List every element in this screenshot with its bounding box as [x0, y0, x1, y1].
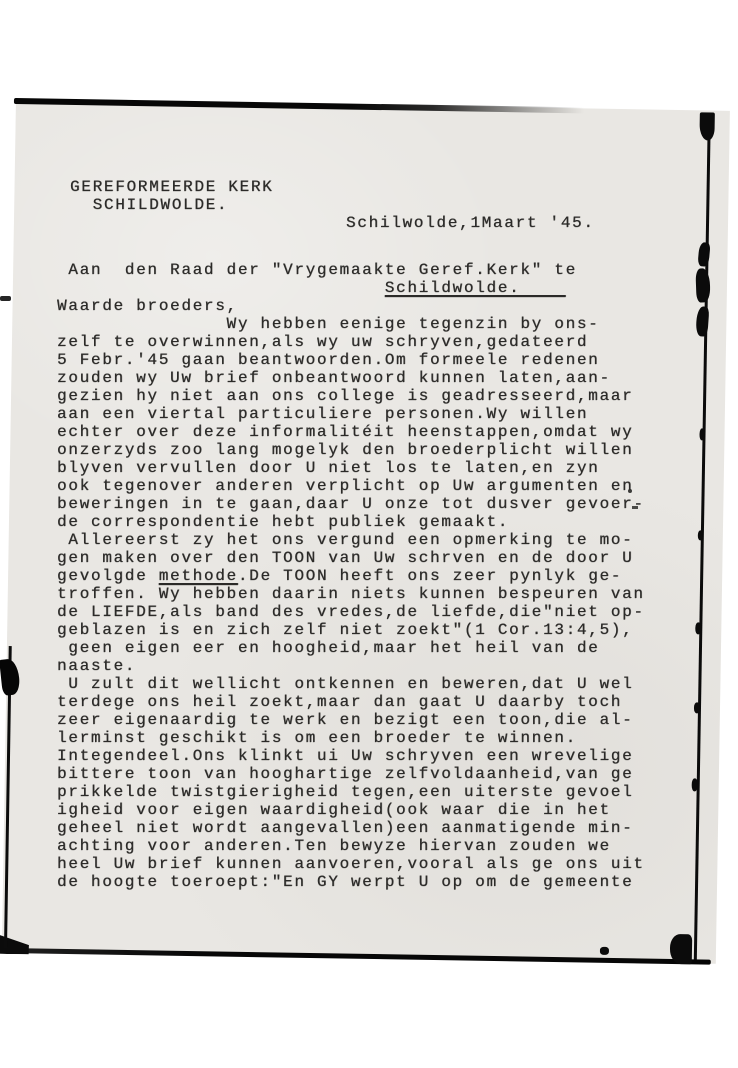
body-lines-lower: troffen. Wy hebben daarin niets kunnen b…: [57, 585, 645, 891]
page-edge-top-shadow: [14, 98, 596, 114]
body-line: zouden wy Uw brief onbeantwoord kunnen l…: [57, 369, 645, 387]
edge-nub: [694, 702, 700, 713]
addressee-place-line: Schildwolde.: [57, 279, 645, 297]
body-line: aan een viertal particuliere personen.Wy…: [57, 405, 645, 423]
addressee-place-underlined: Schildwolde.: [385, 279, 566, 297]
body-line: Integendeel.Ons klinkt ui Uw schryven ee…: [57, 747, 645, 765]
addressee-line: Aan den Raad der "Vrygemaakte Geref.Kerk…: [57, 261, 645, 279]
body-line: U zult dit wellicht ontkennen en beweren…: [57, 675, 645, 693]
letter-body: Aan den Raad der "Vrygemaakte Geref.Kerk…: [57, 261, 645, 891]
edge-nub: [699, 428, 704, 440]
edge-nub: [600, 947, 609, 955]
edge-blot: [695, 268, 710, 302]
body-line: terdege ons heil zoekt,maar dan gaat U d…: [57, 693, 645, 711]
dateline: Schilwolde,1Maart '45.: [346, 214, 595, 232]
body-line: gezien hy niet aan ons college is geadre…: [57, 387, 645, 405]
salutation: Waarde broeders,: [57, 297, 645, 315]
body-line: prikkelde twistgierigheid tegen,een uite…: [57, 783, 645, 801]
body-line: Allereerst zy het ons vergund een opmerk…: [57, 531, 645, 549]
body-line: geblazen is en zich zelf niet zoekt"(1 C…: [57, 621, 645, 639]
corner-shadow: [670, 934, 692, 964]
body-line: zeer eigenaardig te werk en bezigt een t…: [57, 711, 645, 729]
body-line: lerminst geschikt is om een broeder te w…: [57, 729, 645, 747]
body-line: gen maken over den TOON van Uw schrven e…: [57, 549, 645, 567]
methode-line: gevolgde methode.De TOON heeft ons zeer …: [57, 567, 645, 585]
underlined-word: methode: [159, 567, 238, 585]
scan-blemish: [0, 296, 11, 301]
edge-blot: [698, 242, 711, 267]
body-line: de hoogte toeroept:"En GY werpt U op om …: [57, 873, 645, 891]
body-line: troffen. Wy hebben daarin niets kunnen b…: [57, 585, 645, 603]
body-line: de LIEFDE,als band des vredes,de liefde,…: [57, 603, 645, 621]
body-line: heel Uw brief kunnen aanvoeren,vooral al…: [57, 855, 645, 873]
body-line: echter over deze informalitéit heenstapp…: [57, 423, 645, 441]
body-line: geheel niet wordt aangevallen)een aanmat…: [57, 819, 645, 837]
body-line: achting voor anderen.Ten bewyze hiervan …: [57, 837, 645, 855]
edge-blot: [695, 306, 709, 337]
scan-background: GEREFORMEERDE KERK SCHILDWOLDE. Schilwol…: [0, 0, 738, 1068]
body-line: igheid voor eigen waardigheid(ook waar d…: [57, 801, 645, 819]
body-line: Wy hebben eenige tegenzin by ons-: [57, 315, 645, 333]
sender-place: SCHILDWOLDE.: [70, 196, 273, 214]
edge-nub: [698, 530, 703, 540]
edge-nub: [692, 778, 698, 791]
body-line: de correspondentie hebt publiek gemaakt.: [57, 513, 645, 531]
body-line: beweringen in te gaan,daar U onze tot du…: [57, 495, 645, 513]
body-line: ook tegenover anderen verplicht op Uw ar…: [57, 477, 645, 495]
edge-blot: [699, 112, 714, 140]
body-line: blyven vervullen door U niet los te late…: [57, 459, 645, 477]
edge-nub: [695, 622, 701, 634]
sender-block: GEREFORMEERDE KERK SCHILDWOLDE.: [70, 178, 273, 214]
body-line: zelf te overwinnen,als wy uw schryven,ge…: [57, 333, 645, 351]
body-line: 5 Febr.'45 gaan beantwoorden.Om formeele…: [57, 351, 645, 369]
body-line: onzerzyds zoo lang mogelyk den broederpl…: [57, 441, 645, 459]
body-line: naaste.: [57, 657, 645, 675]
body-line: geen eigen eer en hoogheid,maar het heil…: [57, 639, 645, 657]
body-line: bittere toon van hooghartige zelfvoldaan…: [57, 765, 645, 783]
body-lines-upper: Wy hebben eenige tegenzin by ons-zelf te…: [57, 315, 645, 567]
sender-name: GEREFORMEERDE KERK: [70, 178, 273, 196]
